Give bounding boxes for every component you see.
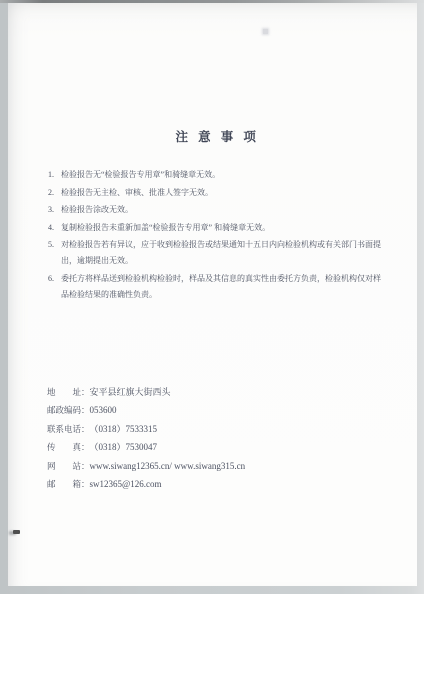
contact-value: 安平县红旗大街西头	[90, 387, 171, 397]
notice-item: 4. 复制检验报告未重新加盖“检验报告专用章” 和骑缝章无效。	[48, 220, 393, 236]
contact-label: 地 址：	[47, 383, 90, 401]
page-title: 注 意 事 项	[8, 127, 417, 145]
contact-label: 邮政编码：	[47, 401, 90, 419]
contact-row: 网 站：www.siwang12365.cn/ www.siwang315.cn	[47, 457, 377, 475]
document-page: 注 意 事 项 1. 检验报告无“检验报告专用章”和骑缝章无效。 2. 检验报告…	[8, 3, 417, 586]
item-text: 对检验报告若有异议，应于收到检验报告或结果通知十五日内向检验机构或有关部门书面提…	[61, 237, 393, 269]
contact-block: 地 址：安平县红旗大街西头 邮政编码：053600 联系电话：（0318）753…	[47, 383, 377, 493]
item-number: 5.	[48, 237, 61, 269]
contact-value: www.siwang12365.cn/ www.siwang315.cn	[90, 461, 246, 471]
contact-row: 地 址：安平县红旗大街西头	[47, 383, 377, 401]
item-line: 检验报告无“检验报告专用章”和骑缝章无效。	[61, 167, 393, 183]
scan-artifact-speck	[13, 530, 20, 534]
scan-top-edge	[0, 0, 424, 3]
item-number: 2.	[48, 185, 61, 201]
notice-item: 6. 委托方将样品送到检验机构检验时，样品及其信息的真实性由委托方负责，检验机构…	[48, 271, 393, 303]
contact-label: 联系电话：	[47, 420, 90, 438]
item-number: 6.	[48, 271, 61, 303]
contact-value: （0318）7530047	[90, 442, 158, 452]
item-line: 复制检验报告未重新加盖“检验报告专用章” 和骑缝章无效。	[61, 220, 393, 236]
notice-item: 1. 检验报告无“检验报告专用章”和骑缝章无效。	[48, 167, 393, 183]
notice-list: 1. 检验报告无“检验报告专用章”和骑缝章无效。 2. 检验报告无主检、审核、批…	[48, 167, 393, 304]
item-line: 委托方将样品送到检验机构检验时，样品及其信息的真实性由委托方负责，检验机构仅对样	[61, 271, 393, 287]
item-line: 检验报告涂改无效。	[61, 202, 393, 218]
contact-row: 邮 箱：sw12365@126.com	[47, 475, 377, 493]
item-line: 出，逾期提出无效。	[61, 253, 393, 269]
contact-label: 网 站：	[47, 457, 90, 475]
item-line: 对检验报告若有异议，应于收到检验报告或结果通知十五日内向检验机构或有关部门书面提	[61, 237, 393, 253]
contact-value: sw12365@126.com	[90, 479, 162, 489]
notice-item: 2. 检验报告无主检、审核、批准人签字无效。	[48, 185, 393, 201]
contact-row: 传 真：（0318）7530047	[47, 438, 377, 456]
contact-row: 联系电话：（0318）7533315	[47, 420, 377, 438]
item-text: 检验报告涂改无效。	[61, 202, 393, 218]
scanned-document: 注 意 事 项 1. 检验报告无“检验报告专用章”和骑缝章无效。 2. 检验报告…	[0, 0, 424, 700]
scan-artifact-speck	[263, 29, 268, 34]
notice-item: 3. 检验报告涂改无效。	[48, 202, 393, 218]
item-line: 品检验结果的准确性负责。	[61, 287, 393, 303]
contact-value: （0318）7533315	[90, 424, 158, 434]
notice-item: 5. 对检验报告若有异议，应于收到检验报告或结果通知十五日内向检验机构或有关部门…	[48, 237, 393, 269]
item-text: 复制检验报告未重新加盖“检验报告专用章” 和骑缝章无效。	[61, 220, 393, 236]
item-text: 检验报告无“检验报告专用章”和骑缝章无效。	[61, 167, 393, 183]
item-number: 4.	[48, 220, 61, 236]
contact-value: 053600	[90, 405, 117, 415]
item-text: 委托方将样品送到检验机构检验时，样品及其信息的真实性由委托方负责，检验机构仅对样…	[61, 271, 393, 303]
item-number: 3.	[48, 202, 61, 218]
contact-label: 邮 箱：	[47, 475, 90, 493]
item-line: 检验报告无主检、审核、批准人签字无效。	[61, 185, 393, 201]
item-number: 1.	[48, 167, 61, 183]
contact-row: 邮政编码：053600	[47, 401, 377, 419]
contact-label: 传 真：	[47, 438, 90, 456]
item-text: 检验报告无主检、审核、批准人签字无效。	[61, 185, 393, 201]
scan-background: 注 意 事 项 1. 检验报告无“检验报告专用章”和骑缝章无效。 2. 检验报告…	[0, 0, 424, 594]
